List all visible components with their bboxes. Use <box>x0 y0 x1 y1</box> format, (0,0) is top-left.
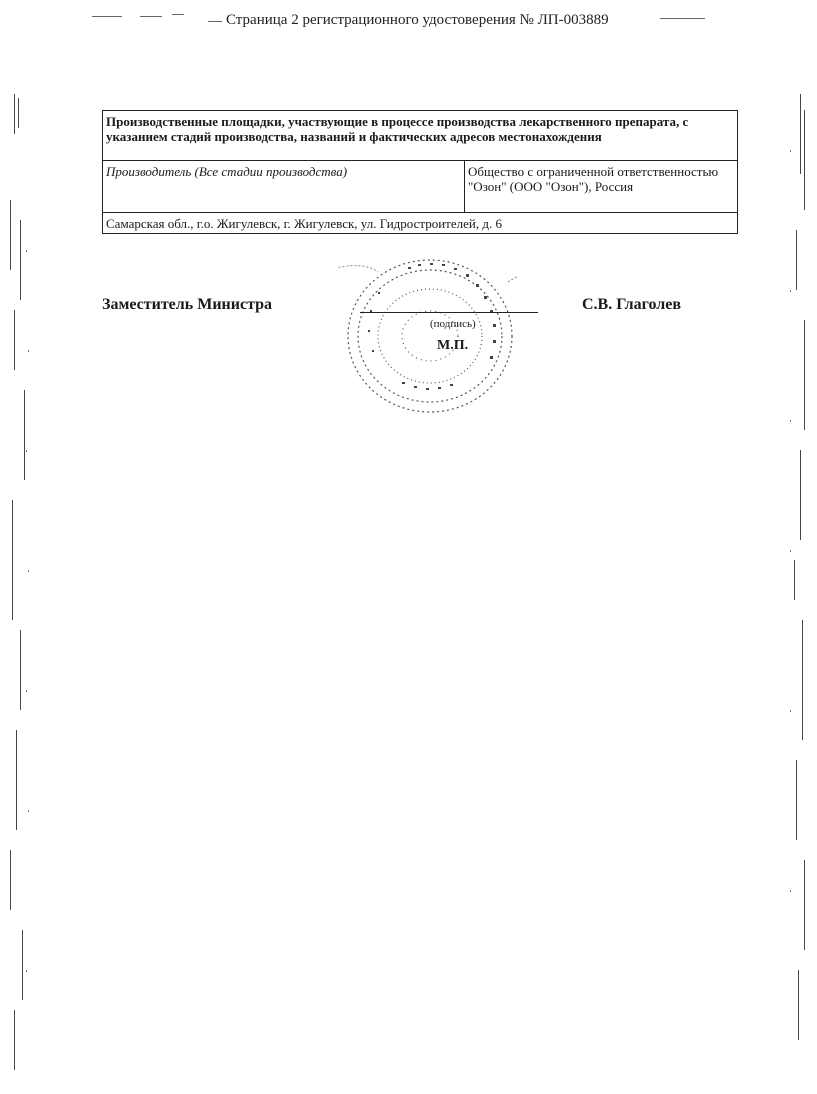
right-scan-margin <box>786 90 816 1084</box>
table-row: Производитель (Все стадии производства) … <box>103 161 738 213</box>
table-caption-row: Производственные площадки, участвующие в… <box>103 111 738 161</box>
manufacturer-organization: Общество с ограниченной ответственностью… <box>465 161 738 213</box>
signature-label: (подпись) <box>430 318 476 330</box>
seal-place-label: М.П. <box>437 338 468 354</box>
production-sites-table: Производственные площадки, участвующие в… <box>102 110 738 234</box>
left-scan-margin <box>6 90 36 1084</box>
official-seal-icon <box>338 252 518 417</box>
page-title: Страница 2 регистрационного удостоверени… <box>226 12 609 29</box>
signature-line <box>360 312 538 313</box>
signatory-position: Заместитель Министра <box>102 296 272 314</box>
scan-artifact <box>92 16 122 17</box>
scan-artifact <box>208 21 222 22</box>
manufacturer-address: Самарская обл., г.о. Жигулевск, г. Жигул… <box>103 213 738 234</box>
signature-block: Заместитель Министра С.В. Глаголев <box>0 296 817 326</box>
manufacturer-role: Производитель (Все стадии производства) <box>103 161 465 213</box>
signatory-name: С.В. Глаголев <box>582 296 681 314</box>
table-caption: Производственные площадки, участвующие в… <box>103 111 738 161</box>
table-row: Самарская обл., г.о. Жигулевск, г. Жигул… <box>103 213 738 234</box>
scan-artifact <box>140 16 162 17</box>
scan-artifact <box>172 14 184 15</box>
scan-artifact <box>660 18 705 19</box>
